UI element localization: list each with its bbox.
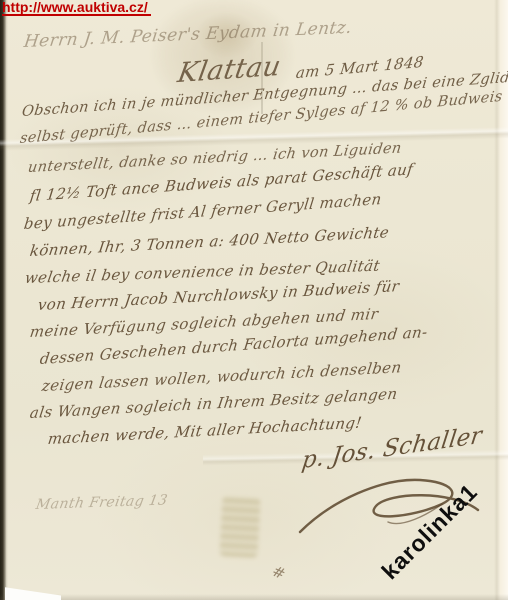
auction-site-watermark: http://www.auktiva.cz/ [2,0,151,16]
ink-bleedthrough-stamp [219,496,260,558]
scanned-letter-page: Herrn J. M. Peiser's Eydam in Lentz. Kla… [0,0,508,600]
scan-edge-bottom [0,594,508,600]
scan-edge-left [0,0,8,600]
